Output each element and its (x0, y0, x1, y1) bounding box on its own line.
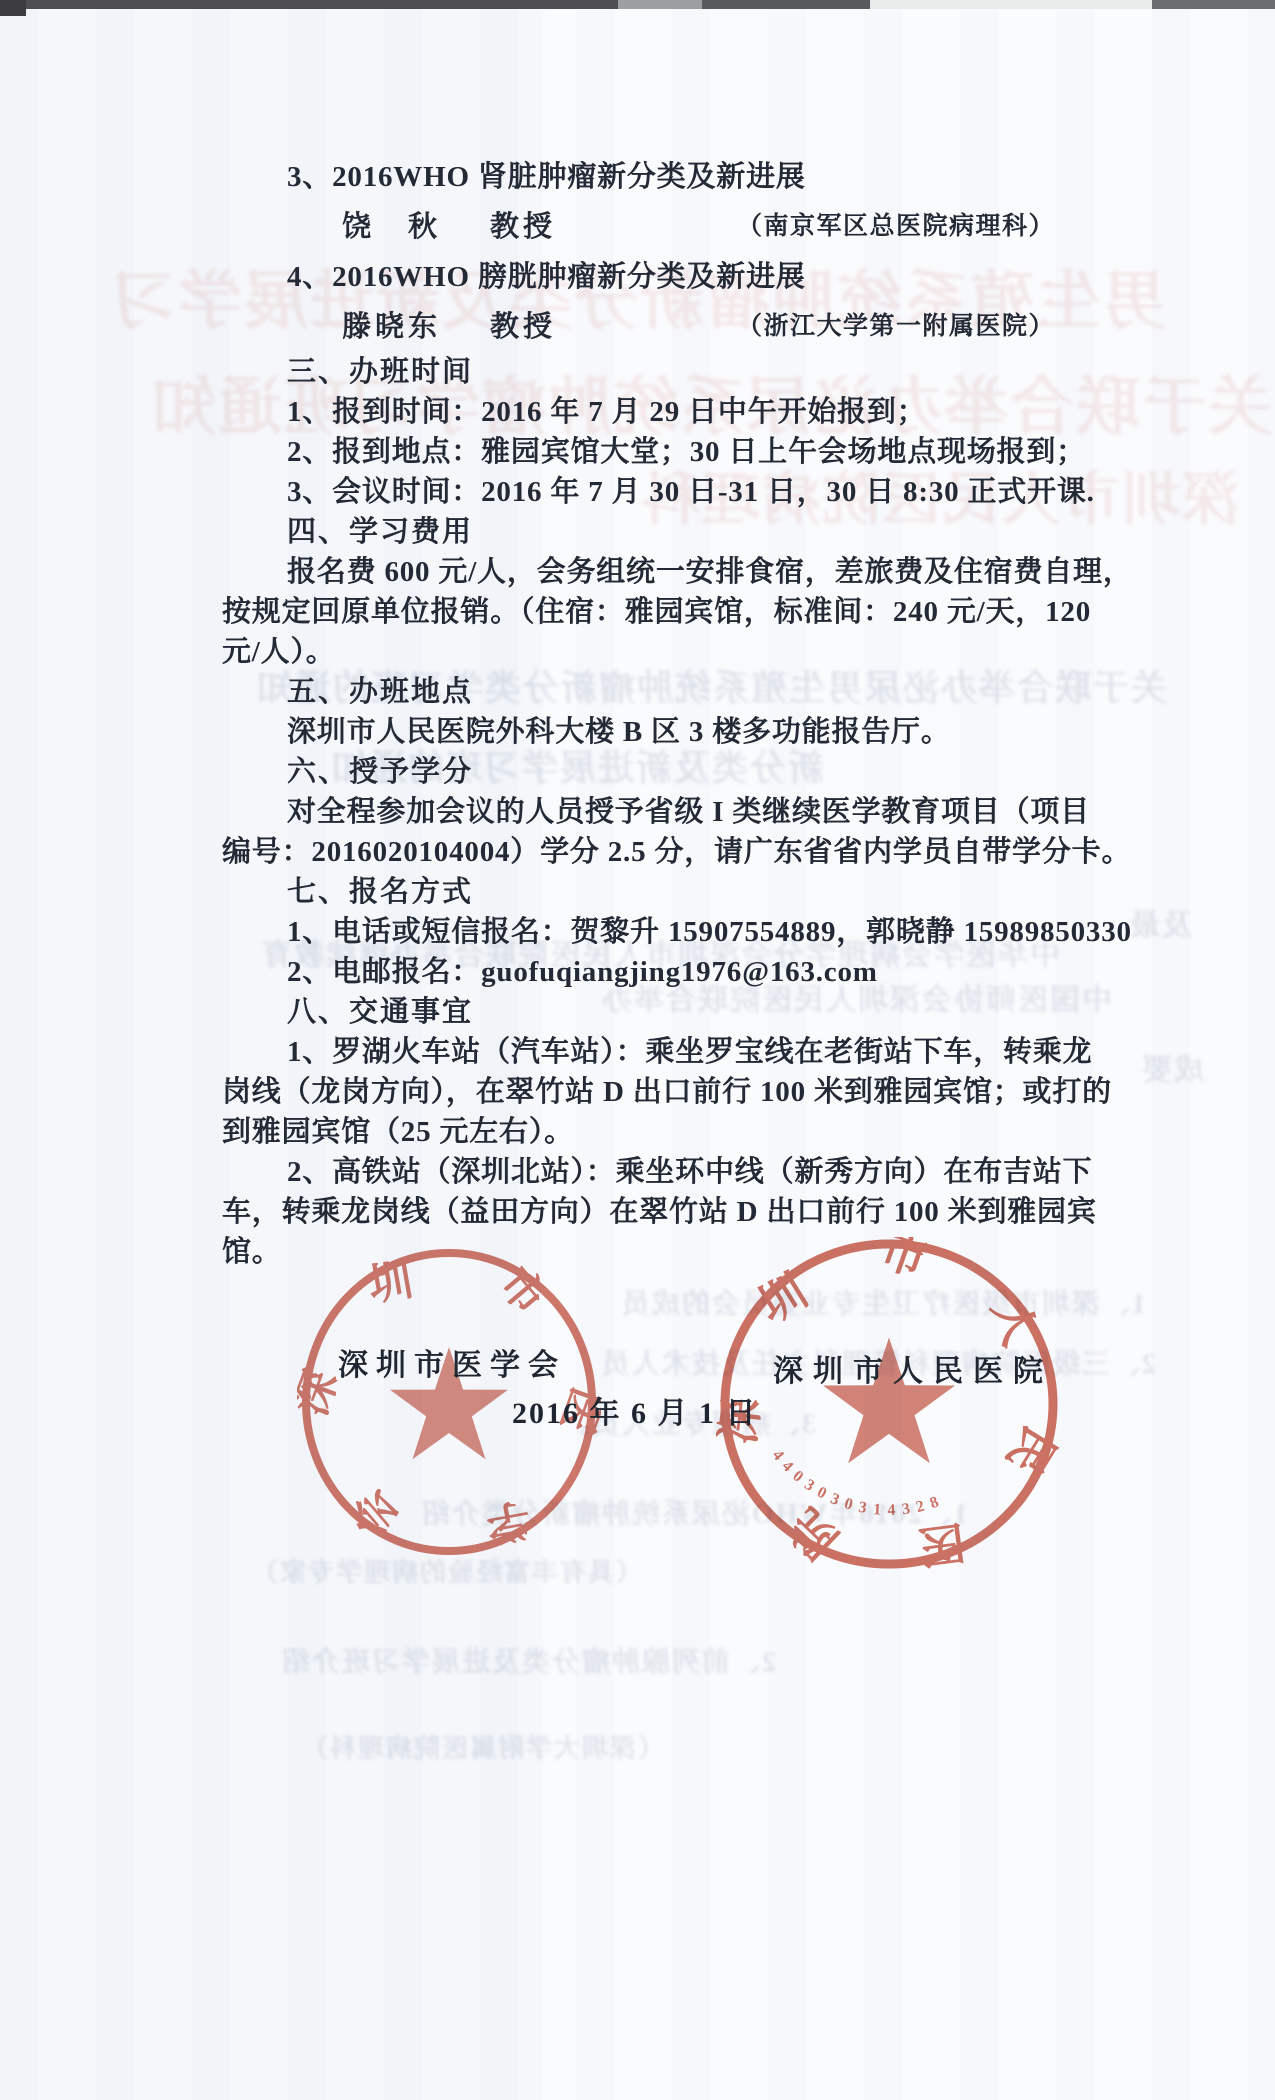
section-heading: 八、交通事宜 (222, 992, 1112, 1032)
text-line: 3、2016WHO 肾脏肿瘤新分类及新进展 (222, 152, 1112, 202)
text-line: 岗线（龙岗方向），在翠竹站 D 出口前行 100 米到雅园宾馆；或打的 (222, 1072, 1112, 1112)
scan-artifact-segment (618, 0, 702, 9)
speaker-org: （浙江大学第一附属医院） (737, 302, 1055, 352)
scan-artifact-segment (702, 0, 870, 9)
bleed-through-text: 成要 (1140, 1045, 1204, 1089)
bleed-through-text: （深圳大学附属医院病理科） (300, 1728, 664, 1765)
text-line: 1、罗湖火车站（汽车站）：乘坐罗宝线在老街站下车，转乘龙 (222, 1032, 1112, 1072)
text-line: 按规定回原单位报销。（住宿：雅园宾馆，标准间：240 元/天，120 (222, 592, 1112, 632)
bleed-through-text: 及最 (1128, 900, 1192, 944)
text-line: 编号：2016020104004）学分 2.5 分，请广东省省内学员自带学分卡。 (222, 832, 1112, 872)
text-line: 1、电话或短信报名：贺黎升 15907554889，郭晓静 1598985033… (222, 912, 1112, 952)
document-body: 3、2016WHO 肾脏肿瘤新分类及新进展饶 秋教授（南京军区总医院病理科）4、… (222, 152, 1112, 1272)
speaker-name: 滕晓东 (342, 302, 441, 352)
text-line: 元/人）。 (222, 632, 1112, 672)
section-heading: 五、办班地点 (222, 672, 1112, 712)
scan-corner-artifact (0, 0, 26, 16)
scan-artifact-segment (870, 0, 1152, 9)
scanned-notice-page: 男生殖系统肿瘤新分类及新进展学习关于联合举办泌尿系统肿瘤学习班通知深圳市人民医院… (0, 0, 1275, 2100)
text-line: 报名费 600 元/人，会务组统一安排食宿，差旅费及住宿费自理， (222, 552, 1112, 592)
text-line: 车，转乘龙岗线（益田方向）在翠竹站 D 出口前行 100 米到雅园宾 (222, 1192, 1112, 1232)
text-line: 2、报到地点：雅园宾馆大堂；30 日上午会场地点现场报到； (222, 432, 1112, 472)
speaker-name: 饶 秋 (342, 202, 441, 252)
speaker-title: 教授 (490, 202, 556, 252)
text-line: 到雅园宾馆（25 元左右）。 (222, 1112, 1112, 1152)
scan-artifact-segment (1152, 0, 1275, 9)
section-heading: 七、报名方式 (222, 872, 1112, 912)
speaker-line: 饶 秋教授（南京军区总医院病理科） (222, 202, 1112, 252)
peoples-hospital-stamp: 深圳市人民医院 4403030314328 (716, 1237, 1062, 1571)
text-line: 馆。 (222, 1232, 1112, 1272)
text-line: 2、高铁站（深圳北站）：乘坐环中线（新秀方向）在布吉站下 (222, 1152, 1112, 1192)
text-line: 深圳市人民医院外科大楼 B 区 3 楼多功能报告厅。 (222, 712, 1112, 752)
text-line: 4、2016WHO 膀胱肿瘤新分类及新进展 (222, 252, 1112, 302)
scan-edge-artifact (0, 0, 1275, 9)
speaker-line: 滕晓东教授（浙江大学第一附属医院） (222, 302, 1112, 352)
signature-date: 2016 年 6 月 1 日 (512, 1388, 758, 1432)
text-line: 1、报到时间：2016 年 7 月 29 日中午开始报到； (222, 392, 1112, 432)
speaker-title: 教授 (490, 302, 556, 352)
section-heading: 六、授予学分 (222, 752, 1112, 792)
signature-left-org: 深圳市医学会 (338, 1340, 566, 1384)
scan-artifact-segment (0, 0, 618, 9)
speaker-org: （南京军区总医院病理科） (737, 202, 1055, 252)
signature-right-org: 深圳市人民医院 (773, 1346, 1053, 1390)
text-line: 3、会议时间：2016 年 7 月 30 日-31 日，30 日 8:30 正式… (222, 472, 1112, 512)
text-line: 2、电邮报名：guofuqiangjing1976@163.com (222, 952, 1112, 992)
section-heading: 四、学习费用 (222, 512, 1112, 552)
bleed-through-text: 2、前列腺肿瘤分类及进展学习班介绍 (280, 1640, 776, 1680)
section-heading: 三、办班时间 (222, 352, 1112, 392)
text-line: 对全程参加会议的人员授予省级 I 类继续医学教育项目（项目 (222, 792, 1112, 832)
